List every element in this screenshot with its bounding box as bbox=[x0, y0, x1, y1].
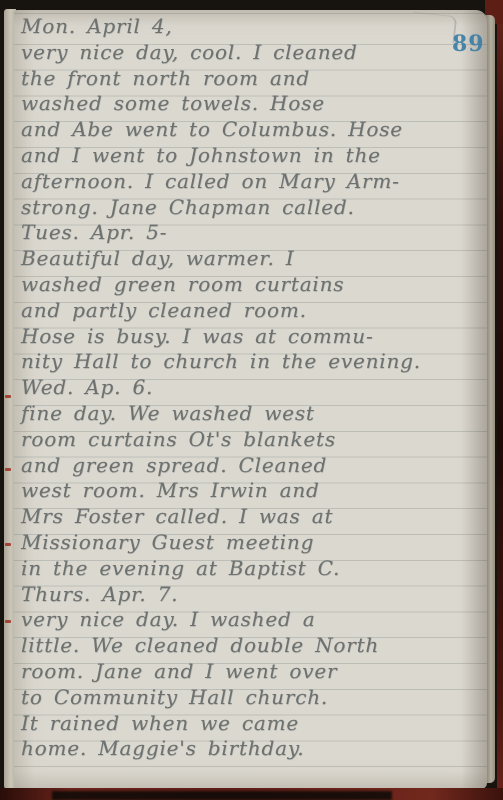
handwritten-line: washed some towels. Hose bbox=[21, 91, 477, 117]
handwritten-line: fine day. We washed west bbox=[21, 401, 477, 427]
book-cover-bottom-edge bbox=[0, 788, 503, 800]
handwritten-line: very nice day. I washed a bbox=[21, 607, 477, 633]
diary-scan: 89 Mon. April 4, very nice day, cool. I … bbox=[0, 0, 503, 800]
handwritten-line: the front north room and bbox=[21, 66, 477, 92]
handwritten-line: home. Maggie's birthday. bbox=[21, 736, 477, 762]
bottom-shadow bbox=[52, 791, 392, 800]
handwritten-line: Mon. April 4, bbox=[21, 14, 477, 40]
handwritten-line: to Community Hall church. bbox=[21, 685, 477, 711]
book-cover-right-edge bbox=[497, 0, 503, 800]
handwritten-line: Mrs Foster called. I was at bbox=[21, 504, 477, 530]
handwritten-line: Missionary Guest meeting bbox=[21, 530, 477, 556]
notebook-page: 89 Mon. April 4, very nice day, cool. I … bbox=[14, 10, 487, 789]
handwritten-line: Beautiful day, warmer. I bbox=[21, 246, 477, 272]
handwritten-line: and I went to Johnstown in the bbox=[21, 143, 477, 169]
diary-text: Mon. April 4, very nice day, cool. I cle… bbox=[21, 14, 477, 762]
handwritten-line: west room. Mrs Irwin and bbox=[21, 478, 477, 504]
red-mark bbox=[5, 468, 11, 471]
handwritten-line: strong. Jane Chapman called. bbox=[21, 195, 477, 221]
handwritten-line: and green spread. Cleaned bbox=[21, 453, 477, 479]
handwritten-line: Hose is busy. I was at commu- bbox=[21, 324, 477, 350]
handwritten-line: little. We cleaned double North bbox=[21, 633, 477, 659]
handwritten-line: nity Hall to church in the evening. bbox=[21, 349, 477, 375]
handwritten-line: Wed. Ap. 6. bbox=[21, 375, 477, 401]
red-mark bbox=[5, 395, 11, 398]
handwritten-line: washed green room curtains bbox=[21, 272, 477, 298]
handwritten-line: room curtains Ot's blankets bbox=[21, 427, 477, 453]
handwritten-line: and Abe went to Columbus. Hose bbox=[21, 117, 477, 143]
handwritten-line: very nice day, cool. I cleaned bbox=[21, 40, 477, 66]
handwritten-line: and partly cleaned room. bbox=[21, 298, 477, 324]
handwritten-line: afternoon. I called on Mary Arm- bbox=[21, 169, 477, 195]
handwritten-line: It rained when we came bbox=[21, 711, 477, 737]
red-mark bbox=[5, 543, 11, 546]
handwritten-line: in the evening at Baptist C. bbox=[21, 556, 477, 582]
red-mark bbox=[5, 620, 11, 623]
handwritten-line: room. Jane and I went over bbox=[21, 659, 477, 685]
handwritten-line: Thurs. Apr. 7. bbox=[21, 582, 477, 608]
handwritten-line: Tues. Apr. 5- bbox=[21, 220, 477, 246]
